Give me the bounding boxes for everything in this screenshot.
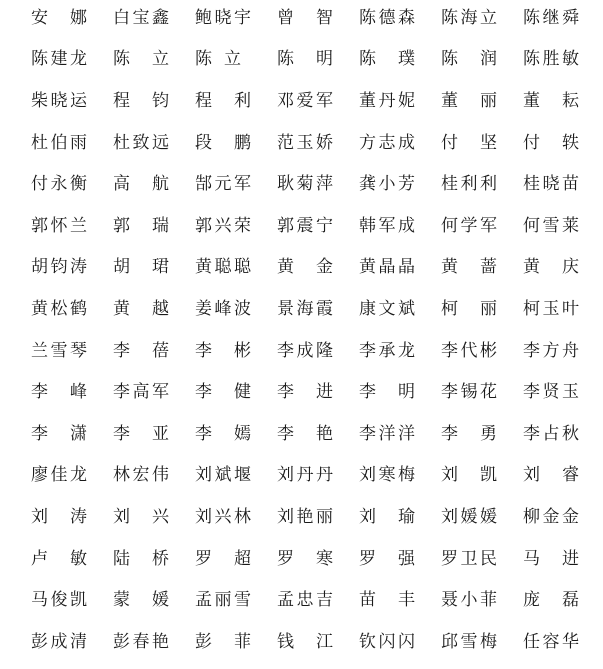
- person-name: 廖佳龙: [31, 465, 87, 485]
- person-name: 郭震宁: [277, 216, 333, 236]
- person-name: 曾 智: [277, 8, 333, 28]
- name-cell: 聂小菲: [441, 579, 523, 621]
- person-name: 彭成清: [31, 632, 87, 652]
- name-cell: 黄 越: [113, 288, 195, 330]
- person-name: 陈建龙: [31, 49, 87, 69]
- name-cell: 彭 菲: [195, 621, 277, 663]
- person-name: 李占秋: [523, 424, 579, 444]
- name-cell: 陈海立: [441, 0, 523, 39]
- person-name: 李 彬: [195, 341, 251, 361]
- person-name: 范玉娇: [277, 133, 333, 153]
- name-row: 黄松鹤 黄 越 姜峰波 景海霞 康文斌 柯 丽 柯玉叶: [31, 288, 603, 330]
- person-name: 李方舟: [523, 341, 579, 361]
- person-name: 姜峰波: [195, 299, 251, 319]
- name-cell: 李成隆: [277, 330, 359, 372]
- name-cell: 李占秋: [523, 413, 603, 455]
- person-name: 罗卫民: [441, 549, 497, 569]
- name-cell: 程 利: [195, 80, 277, 122]
- person-name: 李 嫣: [195, 424, 251, 444]
- person-name: 邱雪梅: [441, 632, 497, 652]
- name-cell: 胡钧涛: [31, 247, 113, 289]
- name-cell: 陈 立: [113, 39, 195, 81]
- name-cell: 李洋洋: [359, 413, 441, 455]
- name-cell: 陆 桥: [113, 538, 195, 580]
- name-cell: 李锡花: [441, 371, 523, 413]
- person-name: 何雪莱: [523, 216, 579, 236]
- person-name: 安 娜: [31, 8, 87, 28]
- name-cell: 高 航: [113, 163, 195, 205]
- person-name: 李 明: [359, 382, 415, 402]
- name-cell: 李 健: [195, 371, 277, 413]
- name-cell: 陈继舜: [523, 0, 603, 39]
- name-cell: 李代彬: [441, 330, 523, 372]
- person-name: 孟丽雪: [195, 590, 251, 610]
- name-cell: 黄晶晶: [359, 247, 441, 289]
- name-row: 李 峰 李高军 李 健 李 进 李 明 李锡花 李贤玉: [31, 371, 603, 413]
- name-cell: 陈 璞: [359, 39, 441, 81]
- person-name: 李 勇: [441, 424, 497, 444]
- person-name: 陈 璞: [359, 49, 415, 69]
- name-cell: 桂利利: [441, 163, 523, 205]
- name-cell: 龚小芳: [359, 163, 441, 205]
- person-name: 刘 瑜: [359, 507, 415, 527]
- name-cell: 韩军成: [359, 205, 441, 247]
- person-name: 李成隆: [277, 341, 333, 361]
- person-name: 任容华: [523, 632, 579, 652]
- person-name: 李代彬: [441, 341, 497, 361]
- name-cell: 李承龙: [359, 330, 441, 372]
- name-cell: 兰雪琴: [31, 330, 113, 372]
- name-cell: 李 彬: [195, 330, 277, 372]
- person-name: 董 丽: [441, 91, 497, 111]
- name-cell: 郭怀兰: [31, 205, 113, 247]
- name-cell: 杜伯雨: [31, 122, 113, 164]
- name-cell: 李 亚: [113, 413, 195, 455]
- name-cell: 何雪莱: [523, 205, 603, 247]
- name-cell: 廖佳龙: [31, 455, 113, 497]
- person-name: 柯 丽: [441, 299, 497, 319]
- name-cell: 杜致远: [113, 122, 195, 164]
- person-name: 陈 明: [277, 49, 333, 69]
- person-name: 李洋洋: [359, 424, 415, 444]
- name-cell: 董丹妮: [359, 80, 441, 122]
- person-name: 陈 润: [441, 49, 497, 69]
- person-name: 郭兴荣: [195, 216, 251, 236]
- name-cell: 陈德森: [359, 0, 441, 39]
- person-name: 杜致远: [113, 133, 169, 153]
- name-cell: 黄 庆: [523, 247, 603, 289]
- person-name: 桂晓苗: [523, 174, 579, 194]
- person-name: 董 耘: [523, 91, 579, 111]
- person-name: 刘斌堰: [195, 465, 251, 485]
- name-row: 付永衡 高 航 郜元军 耿菊萍 龚小芳 桂利利 桂晓苗: [31, 163, 603, 205]
- name-cell: 郜元军: [195, 163, 277, 205]
- person-name: 李 艳: [277, 424, 333, 444]
- person-name: 胡钧涛: [31, 257, 87, 277]
- name-row: 陈建龙 陈 立 陈立 陈 明 陈 璞 陈 润 陈胜敏: [31, 39, 603, 81]
- person-name: 陈胜敏: [523, 49, 579, 69]
- name-cell: 刘媛媛: [441, 496, 523, 538]
- name-cell: 刘艳丽: [277, 496, 359, 538]
- name-cell: 郭兴荣: [195, 205, 277, 247]
- person-name: 鲍晓宇: [195, 8, 251, 28]
- name-cell: 白宝鑫: [113, 0, 195, 39]
- name-cell: 李 嫣: [195, 413, 277, 455]
- person-name: 程 钧: [113, 91, 169, 111]
- person-name: 李贤玉: [523, 382, 579, 402]
- person-name: 刘 涛: [31, 507, 87, 527]
- person-name: 苗 丰: [359, 590, 415, 610]
- person-name: 彭春艳: [113, 632, 169, 652]
- person-name: 耿菊萍: [277, 174, 333, 194]
- person-name: 陈立: [195, 49, 241, 69]
- name-cell: 李 进: [277, 371, 359, 413]
- person-name: 李承龙: [359, 341, 415, 361]
- name-cell: 罗 强: [359, 538, 441, 580]
- name-cell: 马俊凯: [31, 579, 113, 621]
- person-name: 陈继舜: [523, 8, 579, 28]
- name-cell: 彭成清: [31, 621, 113, 663]
- name-cell: 范玉娇: [277, 122, 359, 164]
- person-name: 孟忠吉: [277, 590, 333, 610]
- person-name: 白宝鑫: [113, 8, 169, 28]
- person-name: 蒙 媛: [113, 590, 169, 610]
- name-row: 安 娜 白宝鑫 鲍晓宇 曾 智 陈德森 陈海立 陈继舜: [31, 0, 603, 39]
- person-name: 刘丹丹: [277, 465, 333, 485]
- name-cell: 蒙 媛: [113, 579, 195, 621]
- person-name: 程 利: [195, 91, 251, 111]
- person-name: 董丹妮: [359, 91, 415, 111]
- name-cell: 方志成: [359, 122, 441, 164]
- person-name: 付 轶: [523, 133, 579, 153]
- person-name: 刘寒梅: [359, 465, 415, 485]
- name-cell: 景海霞: [277, 288, 359, 330]
- person-name: 罗 强: [359, 549, 415, 569]
- person-name: 郜元军: [195, 174, 251, 194]
- person-name: 聂小菲: [441, 590, 497, 610]
- name-cell: 董 丽: [441, 80, 523, 122]
- person-name: 林宏伟: [113, 465, 169, 485]
- name-cell: 刘 瑜: [359, 496, 441, 538]
- person-name: 刘媛媛: [441, 507, 497, 527]
- person-name: 李 健: [195, 382, 251, 402]
- person-name: 罗 超: [195, 549, 251, 569]
- person-name: 高 航: [113, 174, 169, 194]
- name-row: 胡钧涛 胡 珺 黄聪聪 黄 金 黄晶晶 黄 蔷 黄 庆: [31, 247, 603, 289]
- person-name: 陆 桥: [113, 549, 169, 569]
- name-cell: 林宏伟: [113, 455, 195, 497]
- name-cell: 陈胜敏: [523, 39, 603, 81]
- name-cell: 李 峰: [31, 371, 113, 413]
- name-cell: 安 娜: [31, 0, 113, 39]
- name-cell: 罗卫民: [441, 538, 523, 580]
- person-name: 李 进: [277, 382, 333, 402]
- name-row: 刘 涛 刘 兴 刘兴林 刘艳丽 刘 瑜 刘媛媛 柳金金: [31, 496, 603, 538]
- name-cell: 康文斌: [359, 288, 441, 330]
- name-row: 卢 敏 陆 桥 罗 超 罗 寒 罗 强 罗卫民 马 进: [31, 538, 603, 580]
- name-cell: 陈立: [195, 39, 277, 81]
- name-cell: 付 轶: [523, 122, 603, 164]
- person-name: 方志成: [359, 133, 415, 153]
- name-row: 廖佳龙 林宏伟 刘斌堰 刘丹丹 刘寒梅 刘 凯 刘 睿: [31, 455, 603, 497]
- name-cell: 罗 超: [195, 538, 277, 580]
- person-name: 钱 江: [277, 632, 333, 652]
- name-cell: 姜峰波: [195, 288, 277, 330]
- person-name: 李高军: [113, 382, 169, 402]
- person-name: 罗 寒: [277, 549, 333, 569]
- person-name: 刘 凯: [441, 465, 497, 485]
- name-cell: 何学军: [441, 205, 523, 247]
- person-name: 黄 越: [113, 299, 169, 319]
- name-cell: 胡 珺: [113, 247, 195, 289]
- name-cell: 李 艳: [277, 413, 359, 455]
- name-cell: 刘 兴: [113, 496, 195, 538]
- person-name: 卢 敏: [31, 549, 87, 569]
- name-row: 兰雪琴 李 蓓 李 彬 李成隆 李承龙 李代彬 李方舟: [31, 330, 603, 372]
- person-name: 付 坚: [441, 133, 497, 153]
- person-name: 柳金金: [523, 507, 579, 527]
- name-cell: 耿菊萍: [277, 163, 359, 205]
- person-name: 陈德森: [359, 8, 415, 28]
- name-cell: 彭春艳: [113, 621, 195, 663]
- name-cell: 柳金金: [523, 496, 603, 538]
- name-cell: 苗 丰: [359, 579, 441, 621]
- name-cell: 陈 润: [441, 39, 523, 81]
- person-name: 郭怀兰: [31, 216, 87, 236]
- name-cell: 鲍晓宇: [195, 0, 277, 39]
- name-cell: 柯 丽: [441, 288, 523, 330]
- person-name: 韩军成: [359, 216, 415, 236]
- person-name: 景海霞: [277, 299, 333, 319]
- name-cell: 郭 瑞: [113, 205, 195, 247]
- name-cell: 孟忠吉: [277, 579, 359, 621]
- name-cell: 桂晓苗: [523, 163, 603, 205]
- person-name: 李锡花: [441, 382, 497, 402]
- person-name: 胡 珺: [113, 257, 169, 277]
- name-row: 彭成清 彭春艳 彭 菲 钱 江 钦闪闪 邱雪梅 任容华: [31, 621, 603, 663]
- person-name: 马 进: [523, 549, 579, 569]
- name-cell: 卢 敏: [31, 538, 113, 580]
- person-name: 李 蓓: [113, 341, 169, 361]
- person-name: 何学军: [441, 216, 497, 236]
- name-cell: 刘寒梅: [359, 455, 441, 497]
- name-cell: 黄松鹤: [31, 288, 113, 330]
- person-name: 黄 庆: [523, 257, 579, 277]
- person-name: 段 鹏: [195, 133, 251, 153]
- name-row: 马俊凯 蒙 媛 孟丽雪 孟忠吉 苗 丰 聂小菲 庞 磊: [31, 579, 603, 621]
- name-cell: 李高军: [113, 371, 195, 413]
- person-name: 柯玉叶: [523, 299, 579, 319]
- name-cell: 庞 磊: [523, 579, 603, 621]
- person-name: 刘 兴: [113, 507, 169, 527]
- person-name: 黄聪聪: [195, 257, 251, 277]
- person-name: 陈 立: [113, 49, 169, 69]
- person-name: 马俊凯: [31, 590, 87, 610]
- name-row: 杜伯雨 杜致远 段 鹏 范玉娇 方志成 付 坚 付 轶: [31, 122, 603, 164]
- name-row: 李 潇 李 亚 李 嫣 李 艳 李洋洋 李 勇 李占秋: [31, 413, 603, 455]
- name-cell: 钦闪闪: [359, 621, 441, 663]
- person-name: 刘 睿: [523, 465, 579, 485]
- name-cell: 付永衡: [31, 163, 113, 205]
- name-cell: 李 潇: [31, 413, 113, 455]
- person-name: 兰雪琴: [31, 341, 87, 361]
- person-name: 龚小芳: [359, 174, 415, 194]
- name-cell: 柯玉叶: [523, 288, 603, 330]
- name-cell: 邓爱军: [277, 80, 359, 122]
- person-name: 黄晶晶: [359, 257, 415, 277]
- name-cell: 柴晓运: [31, 80, 113, 122]
- person-name: 钦闪闪: [359, 632, 415, 652]
- person-name: 康文斌: [359, 299, 415, 319]
- name-cell: 董 耘: [523, 80, 603, 122]
- name-cell: 黄 蔷: [441, 247, 523, 289]
- name-cell: 黄聪聪: [195, 247, 277, 289]
- name-cell: 李 勇: [441, 413, 523, 455]
- name-list-grid: 安 娜 白宝鑫 鲍晓宇 曾 智 陈德森 陈海立 陈继舜 陈建龙 陈 立 陈立 陈…: [31, 0, 603, 663]
- name-cell: 刘 凯: [441, 455, 523, 497]
- name-cell: 刘斌堰: [195, 455, 277, 497]
- person-name: 郭 瑞: [113, 216, 169, 236]
- name-cell: 郭震宁: [277, 205, 359, 247]
- person-name: 杜伯雨: [31, 133, 87, 153]
- person-name: 陈海立: [441, 8, 497, 28]
- name-cell: 黄 金: [277, 247, 359, 289]
- name-cell: 李贤玉: [523, 371, 603, 413]
- name-cell: 刘丹丹: [277, 455, 359, 497]
- person-name: 李 亚: [113, 424, 169, 444]
- person-name: 邓爱军: [277, 91, 333, 111]
- name-cell: 李 明: [359, 371, 441, 413]
- person-name: 付永衡: [31, 174, 87, 194]
- name-cell: 刘 涛: [31, 496, 113, 538]
- name-cell: 李方舟: [523, 330, 603, 372]
- person-name: 黄 蔷: [441, 257, 497, 277]
- name-cell: 付 坚: [441, 122, 523, 164]
- name-cell: 孟丽雪: [195, 579, 277, 621]
- name-cell: 陈建龙: [31, 39, 113, 81]
- person-name: 庞 磊: [523, 590, 579, 610]
- name-cell: 马 进: [523, 538, 603, 580]
- name-cell: 邱雪梅: [441, 621, 523, 663]
- person-name: 彭 菲: [195, 632, 251, 652]
- name-cell: 程 钧: [113, 80, 195, 122]
- name-cell: 罗 寒: [277, 538, 359, 580]
- name-cell: 刘 睿: [523, 455, 603, 497]
- person-name: 李 潇: [31, 424, 87, 444]
- person-name: 刘兴林: [195, 507, 251, 527]
- name-cell: 刘兴林: [195, 496, 277, 538]
- name-row: 柴晓运 程 钧 程 利 邓爱军 董丹妮 董 丽 董 耘: [31, 80, 603, 122]
- name-cell: 段 鹏: [195, 122, 277, 164]
- person-name: 黄松鹤: [31, 299, 87, 319]
- person-name: 柴晓运: [31, 91, 87, 111]
- person-name: 黄 金: [277, 257, 333, 277]
- person-name: 刘艳丽: [277, 507, 333, 527]
- name-cell: 任容华: [523, 621, 603, 663]
- person-name: 李 峰: [31, 382, 87, 402]
- name-cell: 曾 智: [277, 0, 359, 39]
- person-name: 桂利利: [441, 174, 497, 194]
- name-cell: 钱 江: [277, 621, 359, 663]
- name-row: 郭怀兰 郭 瑞 郭兴荣 郭震宁 韩军成 何学军 何雪莱: [31, 205, 603, 247]
- name-cell: 陈 明: [277, 39, 359, 81]
- name-cell: 李 蓓: [113, 330, 195, 372]
